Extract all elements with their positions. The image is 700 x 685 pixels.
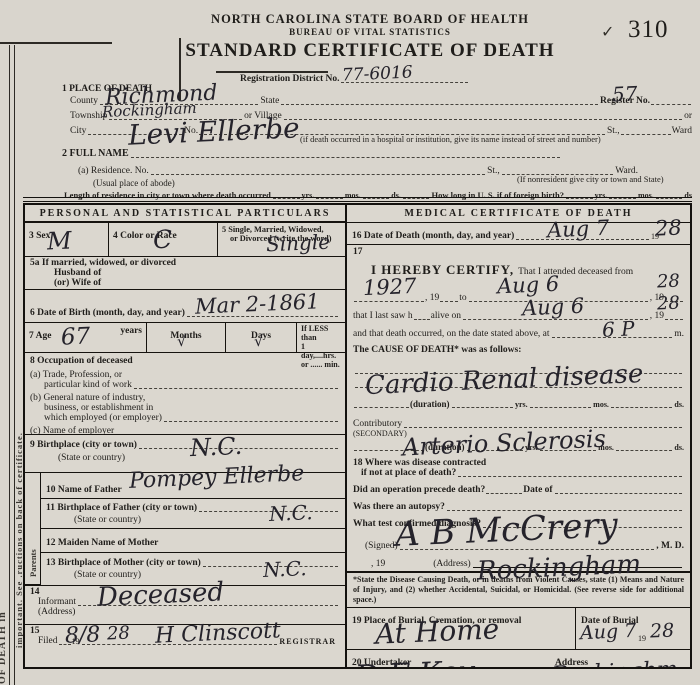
section-divider-rule — [23, 197, 692, 202]
physician-signature: A B McCrery — [394, 508, 618, 552]
dod-label: 16 Date of Death (month, day, and year) — [352, 231, 514, 241]
md-label: , M. D. — [656, 541, 684, 551]
certificate-title: STANDARD CERTIFICATE OF DEATH — [110, 40, 630, 62]
line2-19-label: , 19 — [425, 293, 439, 303]
time-of-death-value: 6 P — [602, 318, 635, 339]
dob-label: 6 Date of Birth (month, day, and year) — [30, 308, 185, 318]
saw-year-value: 28 — [657, 295, 681, 314]
sig-address-label: (Address) — [433, 559, 470, 569]
contributory-value: Arterio Sclerosis — [402, 427, 607, 460]
registrar-signature: H Clinscott — [155, 620, 282, 647]
marital-value: Single — [266, 232, 331, 255]
date-of-label: Date of — [523, 485, 552, 495]
filed-year: 28 — [107, 625, 131, 644]
birthplace-label: 9 Birthplace (city or town) — [30, 440, 137, 450]
undertaker-value: D F Key — [354, 657, 475, 667]
residence-label: (a) Residence. No. — [78, 166, 149, 176]
birthplace-value: N.C. — [190, 434, 243, 460]
parents-vertical-label: Parents — [28, 549, 38, 577]
city-label: City — [70, 126, 86, 136]
father-label: 10 Name of Father — [46, 485, 122, 495]
occupation-b1: (b) General nature of industry, — [30, 393, 340, 403]
age-row: 7 Age years 67 Months √ Days √ If LESS t… — [25, 323, 345, 353]
father-birthplace-row: 11 Birthplace of Father (city or town) (… — [41, 499, 345, 529]
scan-edge-top — [0, 42, 112, 44]
filed-label: Filed — [38, 636, 58, 646]
mother-bp-value: N.C. — [263, 558, 307, 580]
physician-address-value: Rockingham — [477, 551, 642, 584]
days-check: √ — [254, 334, 264, 349]
father-name-row: 10 Name of Father Pompey Ellerbe — [41, 473, 345, 499]
margin-text-outer: OF DEATH in — [0, 611, 8, 684]
medical-certificate-column: MEDICAL CERTIFICATE OF DEATH 16 Date of … — [347, 205, 690, 667]
burial-19: 19 — [638, 634, 646, 643]
filed-row: 15 Filed 19 REGISTRAR 8/8 28 H Clinscott — [25, 625, 345, 659]
death-certificate-scan: OF DEATH in important. See .ructions on … — [0, 0, 700, 685]
duration2-ds: ds. — [674, 443, 684, 452]
informant-value: Deceased — [96, 579, 224, 611]
residence-st-label: St., — [487, 166, 500, 176]
died-m-label: m. — [674, 329, 684, 339]
duration-ds: ds. — [674, 400, 684, 409]
duration-mos: mos. — [593, 400, 609, 409]
reg-district-value: 77-6016 — [342, 64, 413, 84]
register-no-value: 57 — [612, 83, 638, 104]
attended-to-value: Aug 6 — [497, 274, 560, 298]
occupation-b2: business, or establishment in — [44, 403, 340, 413]
occupation-a1: (a) Trade, Profession, or — [30, 370, 340, 380]
burial-year: 28 — [650, 621, 675, 641]
age-label: 7 Age — [29, 331, 51, 341]
sig-19-label: , 19 — [371, 559, 385, 569]
occupation-label: 8 Occupation of deceased — [30, 356, 340, 366]
age-years-label: years — [120, 326, 142, 336]
reg-district-label: Registration District No. — [240, 74, 339, 84]
death-occurred-label: and that death occurred, on the date sta… — [353, 329, 550, 339]
board-title: NORTH CAROLINA STATE BOARD OF HEALTH — [130, 12, 610, 27]
operation-label: Did an operation precede death? — [353, 485, 485, 495]
parents-block: Parents 10 Name of Father Pompey Ellerbe… — [25, 473, 345, 585]
hospital-note: (if death occurred in a hospital or inst… — [300, 134, 601, 144]
informant-label: Informant — [38, 597, 76, 607]
filed-value: 8/8 — [65, 624, 101, 648]
duration-label: (duration) — [410, 399, 450, 409]
or-label: or — [684, 111, 692, 121]
dob-value: Mar 2-1861 — [195, 291, 320, 317]
abode-note: (Usual place of abode) — [93, 178, 175, 188]
state-label: State — [260, 96, 279, 106]
dod-year: 28 — [655, 217, 683, 239]
undertaker-row: 20 Undertaker D F Key Address Rockinghm — [347, 650, 690, 667]
mother-bp-label: 13 Birthplace of Mother (city or town) — [46, 558, 201, 568]
attended-from-value: 1927 — [363, 276, 417, 299]
line2-to-label: to — [459, 293, 466, 303]
if-married-row: 5a If married, widowed, or divorced Husb… — [25, 257, 345, 290]
alive-on-label: alive on — [431, 311, 461, 321]
months-check: √ — [177, 334, 187, 349]
cause-of-death-value: Cardio Renal disease — [365, 361, 644, 399]
age-value: 67 — [61, 325, 91, 349]
particulars-table: PERSONAL AND STATISTICAL PARTICULARS 3 S… — [23, 203, 692, 669]
item-17-number: 17 — [353, 247, 684, 257]
sex-value: M — [46, 228, 72, 253]
full-name-value: Levi Ellerbe — [127, 114, 300, 149]
to-year-value: 28 — [657, 273, 681, 292]
duration-yrs: yrs. — [515, 400, 528, 409]
mother-name-row: 12 Maiden Name of Mother — [41, 529, 345, 553]
bureau-subtitle: BUREAU OF VITAL STATISTICS — [130, 27, 610, 37]
last-saw-label: that I last saw h — [353, 311, 413, 321]
father-bp-label: 11 Birthplace of Father (city or town) — [46, 503, 197, 513]
occupation-row: 8 Occupation of deceased (a) Trade, Prof… — [25, 353, 345, 435]
occupation-b3: which employed (or employer) — [44, 413, 162, 423]
full-name-label: 2 FULL NAME — [62, 148, 129, 159]
stray-line — [216, 71, 328, 73]
dod-value: Aug 7 — [547, 218, 610, 242]
husband-of-label: Husband of — [54, 268, 340, 278]
left-column-header: PERSONAL AND STATISTICAL PARTICULARS — [25, 205, 345, 223]
wife-of-label: (or) Wife of — [54, 278, 340, 288]
date-of-death-row: 16 Date of Death (month, day, and year) … — [347, 223, 690, 245]
registrar-label: REGISTRAR — [279, 637, 336, 646]
right-column-header: MEDICAL CERTIFICATE OF DEATH — [347, 205, 690, 223]
certification-section: 17 I HEREBY CERTIFY, That I attended dec… — [347, 245, 690, 607]
married-label: 5a If married, widowed, or divorced — [30, 258, 340, 268]
contributory-label: Contributory — [353, 419, 402, 429]
date-of-birth-row: 6 Date of Birth (month, day, and year) M… — [25, 290, 345, 323]
race-value: C — [152, 227, 172, 253]
signed-label: (Signed) — [365, 541, 398, 551]
autopsy-label: Was there an autopsy? — [353, 502, 445, 512]
sex-race-marital-row: 3 Sex M 4 Color or Race C 5 Single, Marr… — [25, 223, 345, 257]
last-saw-value: Aug 6 — [522, 296, 585, 320]
cause-of-death-label: The CAUSE OF DEATH* was as follows: — [353, 345, 684, 355]
burial-date-value: Aug 7 — [580, 622, 637, 643]
county-label: County — [70, 96, 98, 106]
occupation-a2: particular kind of work — [44, 380, 132, 390]
certificate-number: 310 — [628, 16, 669, 44]
burial-value: At Home — [374, 615, 499, 648]
less-than-label-1: If LESS than — [301, 324, 341, 342]
father-bp-value: N.C. — [269, 502, 313, 524]
personal-statistical-column: PERSONAL AND STATISTICAL PARTICULARS 3 S… — [25, 205, 347, 667]
where-contracted-label-2: if not at place of death? — [361, 468, 456, 478]
check-mark: ✓ — [601, 22, 614, 42]
nonresident-note: (If nonresident give city or town and St… — [517, 174, 664, 184]
city-st-label: St., — [607, 126, 620, 136]
city-ward-label: Ward — [672, 126, 692, 136]
mother-label: 12 Maiden Name of Mother — [46, 538, 158, 548]
informant-row: 14 Informant (Address) Deceased — [25, 585, 345, 625]
burial-row: 19 Place of Burial, Cremation, or remova… — [347, 607, 690, 650]
father-value: Pompey Ellerbe — [129, 463, 305, 493]
